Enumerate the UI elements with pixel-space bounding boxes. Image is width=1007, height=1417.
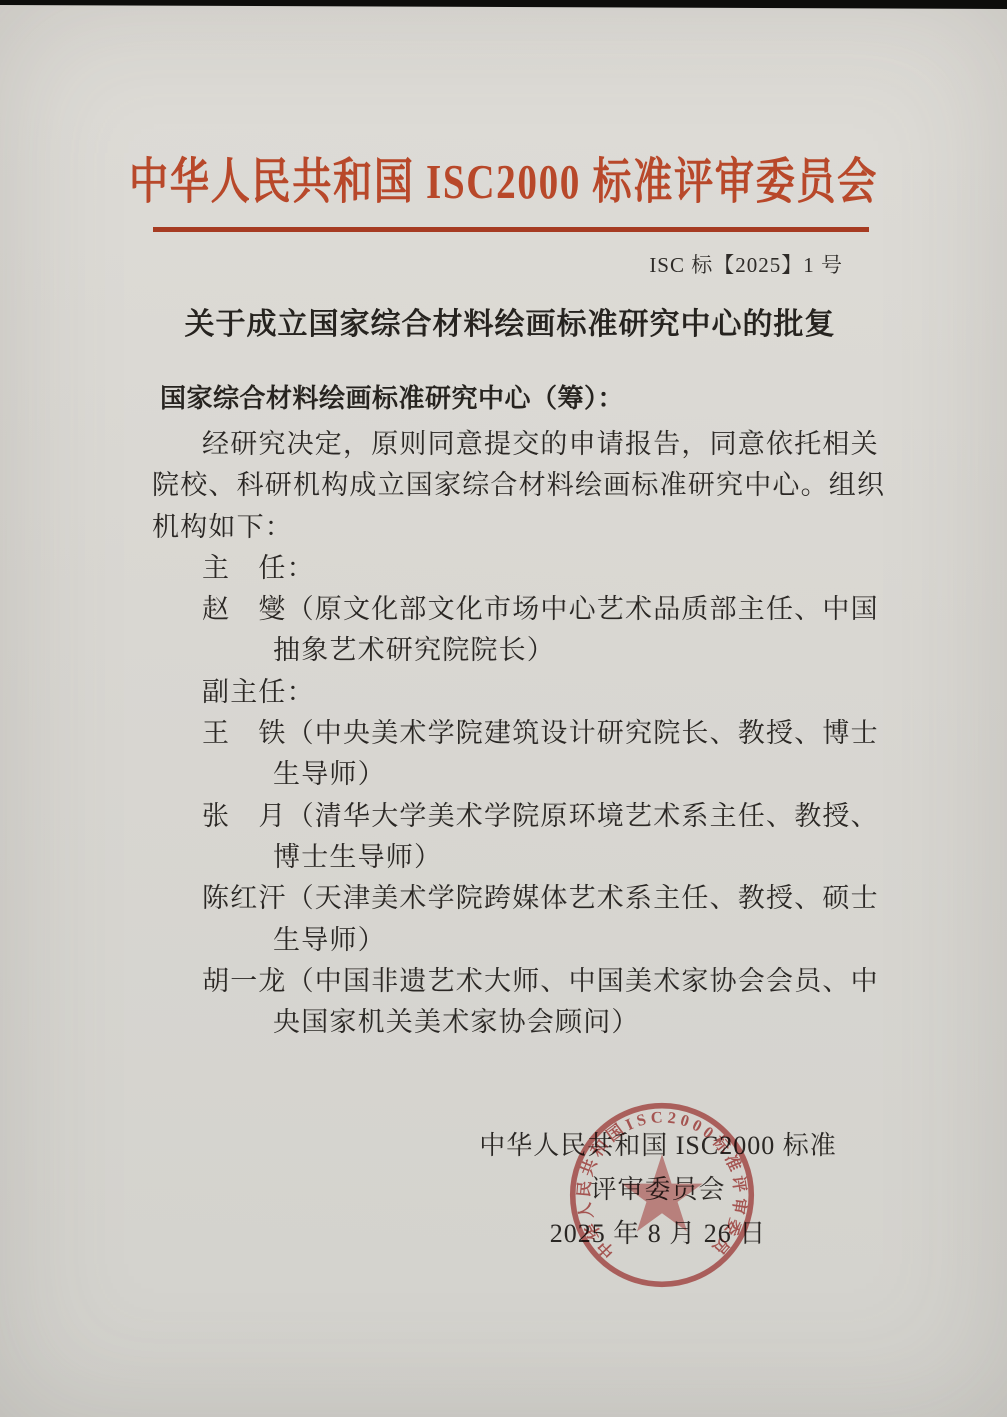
body-line: 机构如下： <box>152 507 868 548</box>
letterhead-divider <box>153 227 869 232</box>
document-photo: 中华人民共和国 ISC2000 标准评审委员会 ISC 标【2025】1 号 关… <box>0 0 1007 1417</box>
body-line-member-cont: 央国家机关美术家协会顾问） <box>152 1002 868 1043</box>
addressee-line: 国家综合材料绘画标准研究中心（筹）： <box>160 382 624 415</box>
letterhead-org-name: 中华人民共和国 ISC2000 标准评审委员会 <box>101 150 907 214</box>
body-line-member: 胡一龙（中国非遗艺术大师、中国美术家协会会员、中 <box>152 961 868 1002</box>
signature-org-line-2: 评审委员会 <box>455 1168 861 1212</box>
body-line-role-director: 主 任： <box>152 548 868 589</box>
body-line-member-cont: 抽象艺术研究院院长） <box>152 630 868 671</box>
body-line-role-deputy: 副主任： <box>152 672 868 713</box>
body-line: 院校、科研机构成立国家综合材料绘画标准研究中心。组织 <box>152 465 868 506</box>
signature-block: 中华人民共和国 ISC2000 标准 评审委员会 2025 年 8 月 26 日 <box>455 1124 861 1256</box>
body-line-member-cont: 博士生导师） <box>152 837 868 878</box>
document-number: ISC 标【2025】1 号 <box>649 252 843 278</box>
body-line: 经研究决定，原则同意提交的申请报告，同意依托相关 <box>152 424 868 465</box>
body-line-member: 张 月（清华大学美术学院原环境艺术系主任、教授、 <box>152 796 868 837</box>
document-page: 中华人民共和国 ISC2000 标准评审委员会 ISC 标【2025】1 号 关… <box>0 0 1007 1417</box>
body-line-member-cont: 生导师） <box>152 920 868 961</box>
document-title: 关于成立国家综合材料绘画标准研究中心的批复 <box>150 306 870 344</box>
body-line-member: 赵 燮（原文化部文化市场中心艺术品质部主任、中国 <box>152 589 868 630</box>
body-line-member-cont: 生导师） <box>152 754 868 795</box>
body-line-member: 王 铁（中央美术学院建筑设计研究院长、教授、博士 <box>152 713 868 754</box>
body-line-member: 陈红汗（天津美术学院跨媒体艺术系主任、教授、硕士 <box>152 878 868 919</box>
signature-org-line-1: 中华人民共和国 ISC2000 标准 <box>455 1124 861 1168</box>
signature-date: 2025 年 8 月 26 日 <box>455 1212 861 1256</box>
body-text: 经研究决定，原则同意提交的申请报告，同意依托相关 院校、科研机构成立国家综合材料… <box>152 424 868 1043</box>
